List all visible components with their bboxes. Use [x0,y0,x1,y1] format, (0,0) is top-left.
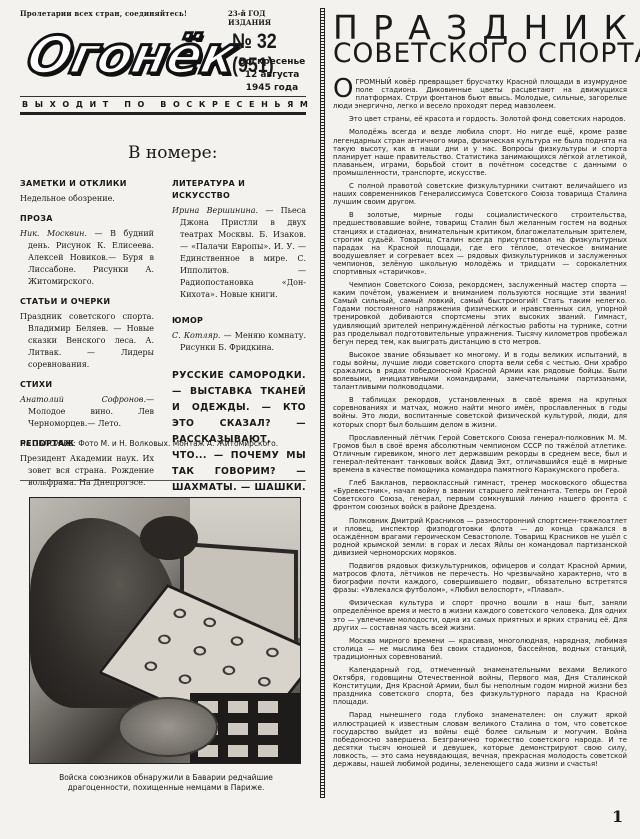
masthead-year-of-publication: 23-й ГОД ИЗДАНИЯ [228,9,305,27]
toc-section: СТИХИ Анатолий Софронов.—Молодое вино. Л… [20,379,154,430]
issue-date: 12 августа [236,69,308,82]
toc-section-heading: ЗАМЕТКИ И ОТКЛИКИ [20,178,154,190]
issue-year: 1945 года [236,82,308,95]
toc-entry: Анатолий Софронов.—Молодое вино. Лев Чер… [20,394,154,430]
toc-section: ЛИТЕРАТУРА И ИСКУССТВО Ирина Вершинина. … [172,178,306,301]
toc-entry: Недельное обозрение. [20,193,154,205]
column-divider [320,8,325,798]
section-rule [20,480,306,481]
article-paragraph: Календарный год, отмеченный знаменательн… [333,666,627,706]
article-paragraph: С полной правотой советские физкультурни… [333,182,627,206]
toc-section-heading: ЮМОР [172,315,306,327]
article-body: ОГРОМНЫЙ ковёр превращает брусчатку Крас… [333,78,627,773]
article-paragraph: Высокое звание обязывает ко многому. И в… [333,351,627,391]
ogonyok-logo: Огонёк [22,30,241,82]
article-paragraph: Подвигов рядовых физкультурников, офицер… [333,562,627,594]
drop-cap: О [333,78,353,100]
cover-credit: На ОБЛОЖКЕ: Фото М. и Н. Волковых. Монта… [20,439,278,448]
article-paragraph: Молодёжь всегда и везде любила спорт. Но… [333,128,627,177]
toc-section-heading: СТАТЬИ И ОЧЕРКИ [20,296,154,308]
article-paragraph: ОГРОМНЫЙ ковёр превращает брусчатку Крас… [333,78,627,110]
toc-section: ПРОЗА Ник. Москвин. — В будний день. Рис… [20,213,154,288]
page-number: 1 [612,807,623,826]
article-paragraph: Москва мирного времени — красивая, много… [333,637,627,661]
masthead-rule [20,96,306,97]
toc-entry: С. Котляр. — Меняю комнату. Рисунки Б. Ф… [172,330,306,354]
toc-entry: Ирина Вершинина. — Пьеса Джона Пристли в… [172,205,306,301]
article-paragraph: Физическая культура и спорт прочно вошли… [333,599,627,631]
photo-soldier-with-jewels [29,497,301,764]
toc-entry: Праздник советского спорта. Владимир Бел… [20,311,154,371]
article-title-line2: СОВЕТСКОГО СПОРТА [333,38,627,69]
toc-left-column: ЗАМЕТКИ И ОТКЛИКИ Недельное обозрение. П… [20,178,154,497]
article-paragraph: Прославленный лётчик Герой Советского Со… [333,434,627,474]
toc-section-heading: ЛИТЕРАТУРА И ИСКУССТВО [172,178,306,202]
masthead-thick-rule [20,112,306,115]
left-column: Пролетарии всех стран, соединяйтесь! 23-… [0,0,305,839]
article-paragraph: В таблицах рекордов, установленных в сво… [333,396,627,428]
toc-entry: Президент Академии наук. Их зовет вся ст… [20,453,154,489]
article-paragraph: В золотые, мирные годы социалистического… [333,211,627,276]
article-paragraph: Полковник Дмитрий Красников — разносторо… [333,517,627,557]
article-paragraph: Глеб Бакланов, первоклассный гимнаст, тр… [333,479,627,511]
toc-right-column: ЛИТЕРАТУРА И ИСКУССТВО Ирина Вершинина. … [172,178,306,512]
article-paragraph: Это цвет страны, её красота и гордость. … [333,115,627,123]
photo-caption: Войска союзников обнаружили в Баварии ре… [30,773,302,793]
toc-section-heading: СТИХИ [20,379,154,391]
toc-section: ЗАМЕТКИ И ОТКЛИКИ Недельное обозрение. [20,178,154,205]
issue-day: Воскресенье [236,56,308,69]
publication-schedule: ВЫХОДИТ ПО ВОСКРЕСЕНЬЯМ [22,100,306,109]
toc-entry: Ник. Москвин. — В будний день. Рисунок К… [20,228,154,288]
masthead-motto: Пролетарии всех стран, соединяйтесь! [20,9,187,18]
toc-section: ЮМОР С. Котляр. — Меняю комнату. Рисунки… [172,315,306,354]
toc-title: В номере: [128,143,217,163]
article-paragraph: Парад нынешнего года глубоко знаменателе… [333,711,627,768]
article-paragraph: Чемпион Советского Союза, рекордсмен, за… [333,281,627,346]
toc-section: СТАТЬИ И ОЧЕРКИ Праздник советского спор… [20,296,154,371]
toc-section-heading: ПРОЗА [20,213,154,225]
